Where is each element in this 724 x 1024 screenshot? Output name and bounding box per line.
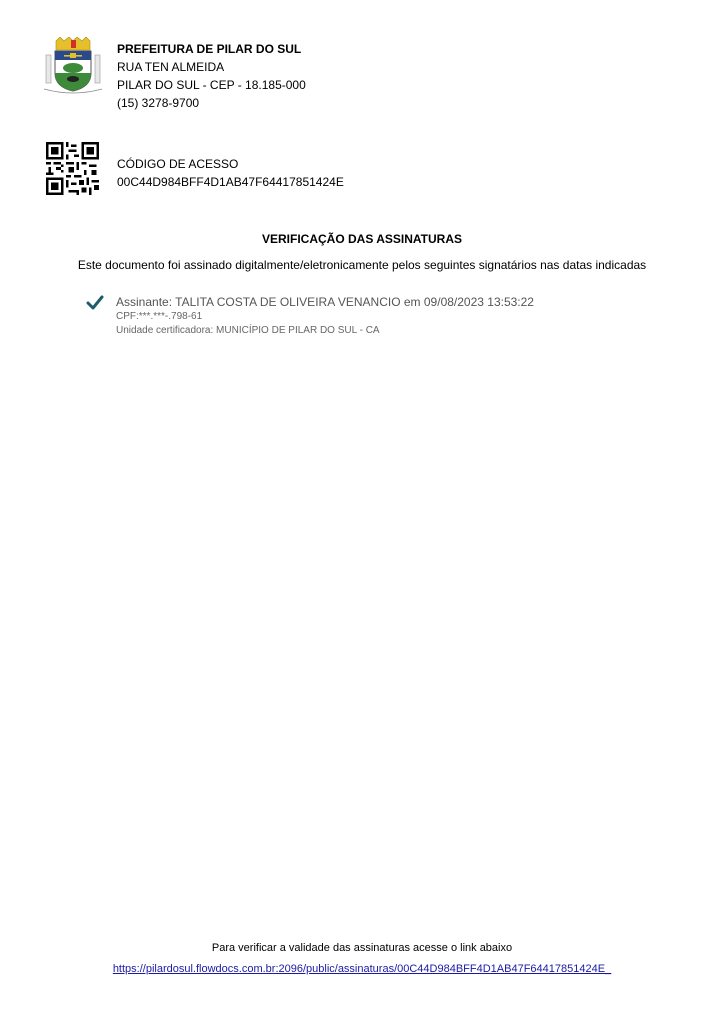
signer-unit: Unidade certificadora: MUNICÍPIO DE PILA… <box>116 324 534 338</box>
verification-description: Este documento foi assinado digitalmente… <box>0 258 724 272</box>
qr-code-icon <box>46 142 99 195</box>
org-phone: (15) 3278-9700 <box>117 94 306 112</box>
footer-note: Para verificar a validade das assinatura… <box>0 942 724 954</box>
org-street: RUA TEN ALMEIDA <box>117 58 306 76</box>
verification-title: VERIFICAÇÃO DAS ASSINATURAS <box>0 232 724 246</box>
coat-of-arms-icon <box>40 37 106 95</box>
access-code-block: CÓDIGO DE ACESSO 00C44D984BFF4D1AB47F644… <box>117 155 344 191</box>
signer-cpf: CPF:***.***-.798-61 <box>116 310 534 324</box>
header-address-block: PREFEITURA DE PILAR DO SUL RUA TEN ALMEI… <box>117 40 306 112</box>
footer-link-wrapper: https://pilardosul.flowdocs.com.br:2096/… <box>0 963 724 975</box>
checkmark-icon <box>86 295 104 310</box>
access-code-value: 00C44D984BFF4D1AB47F64417851424E <box>117 173 344 191</box>
org-name: PREFEITURA DE PILAR DO SUL <box>117 40 306 58</box>
signer-line: Assinante: TALITA COSTA DE OLIVEIRA VENA… <box>116 295 534 310</box>
access-code-label: CÓDIGO DE ACESSO <box>117 155 344 173</box>
org-city-cep: PILAR DO SUL - CEP - 18.185-000 <box>117 76 306 94</box>
signature-entry: Assinante: TALITA COSTA DE OLIVEIRA VENA… <box>116 295 534 338</box>
verification-link[interactable]: https://pilardosul.flowdocs.com.br:2096/… <box>113 963 611 975</box>
